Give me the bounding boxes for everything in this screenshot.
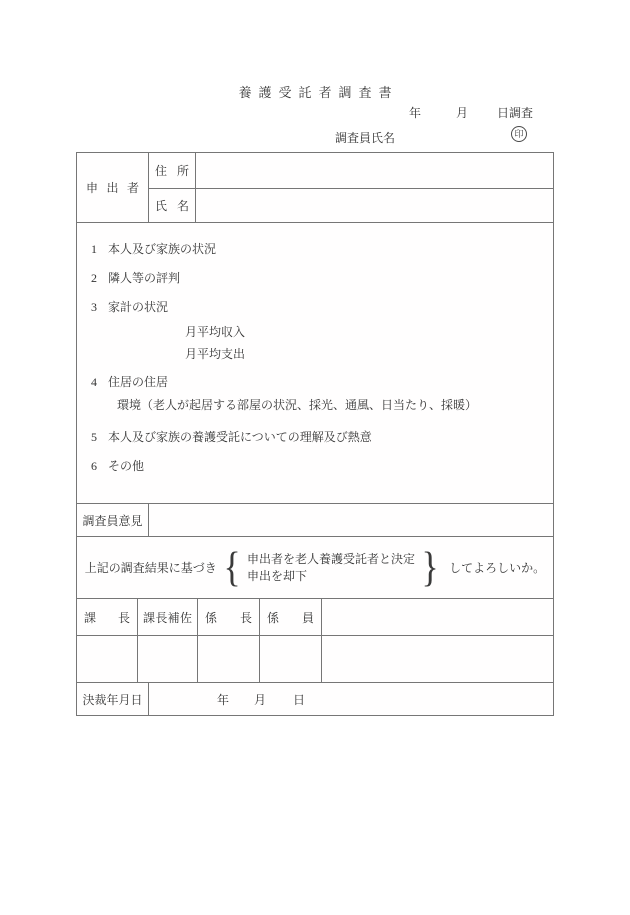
item-number: 6 — [91, 460, 108, 473]
deputy-chief-header-cell: 課長補佐 — [138, 599, 198, 635]
name-value-cell — [196, 189, 553, 222]
subsection-chief-header-cell: 係長 — [198, 599, 260, 635]
subsection-chief-label: 係長 — [205, 609, 252, 626]
item-text: 本人及び家族の状況 — [108, 242, 216, 256]
right-brace: } — [422, 547, 439, 589]
deputy-chief-signature-cell — [138, 636, 198, 682]
item-number: 2 — [91, 272, 108, 285]
ruling-date-label: 決裁年月日 — [82, 691, 142, 708]
item-text: 隣人等の評判 — [108, 271, 180, 285]
decision-prefix: 上記の調査結果に基づき — [85, 559, 217, 576]
item-text: 本人及び家族の養護受託についての理解及び熱意 — [108, 430, 372, 444]
name-label: 氏名 — [155, 197, 189, 214]
address-row: 住所 — [149, 153, 553, 189]
survey-date-month-label: 月 — [456, 106, 468, 120]
staff-header-cell: 係員 — [260, 599, 322, 635]
address-label: 住所 — [155, 162, 189, 179]
left-brace: { — [223, 547, 240, 589]
staff-signature-cell — [260, 636, 322, 682]
survey-item-1: 1本人及び家族の状況 — [91, 243, 543, 256]
applicant-fields: 住所 氏名 — [149, 153, 553, 222]
item-text: その他 — [108, 459, 144, 473]
address-value-cell — [196, 153, 553, 188]
survey-item-3-sub-income: 月平均収入 — [185, 326, 543, 339]
survey-date-year-label: 年 — [409, 106, 421, 120]
ruling-date-value-cell: 年 月 日 — [149, 683, 553, 715]
section-chief-signature-cell — [77, 636, 138, 682]
survey-item-4-continuation: 環境（老人が起居する部屋の状況、採光、通風、日当たり、採暖） — [117, 399, 543, 412]
staff-label: 係員 — [267, 609, 314, 626]
section-chief-label: 課長 — [84, 609, 130, 626]
approval-header-row: 課長 課長補佐 係長 係員 — [77, 599, 553, 636]
deputy-chief-label: 課長補佐 — [143, 609, 192, 626]
survey-item-5: 5本人及び家族の養護受託についての理解及び熱意 — [91, 431, 543, 444]
name-label-cell: 氏名 — [149, 189, 196, 222]
decision-option-reject: 申出を却下 — [247, 568, 415, 585]
ruling-year-label: 年 — [217, 691, 229, 708]
opinion-label: 調査員意見 — [82, 512, 142, 529]
ruling-date-label-cell: 決裁年月日 — [77, 683, 149, 715]
survey-item-3: 3家計の状況 — [91, 301, 543, 314]
survey-item-6: 6その他 — [91, 460, 543, 473]
signature-blank-cell — [322, 636, 553, 682]
address-label-cell: 住所 — [149, 153, 196, 188]
item-number: 1 — [91, 243, 108, 256]
decision-row: 上記の調査結果に基づき { 申出者を老人養護受託者と決定 申出を却下 } してよ… — [77, 537, 553, 599]
decision-suffix: してよろしいか。 — [449, 559, 545, 576]
survey-date-line: 年 月 日調査 — [409, 104, 533, 121]
survey-item-2: 2隣人等の評判 — [91, 272, 543, 285]
ruling-day-label: 日 — [293, 691, 305, 708]
subsection-chief-signature-cell — [198, 636, 260, 682]
name-row: 氏名 — [149, 189, 553, 222]
section-chief-header-cell: 課長 — [77, 599, 138, 635]
surveyor-name-label: 調査員氏名 — [335, 129, 395, 146]
survey-items-section: 1本人及び家族の状況 2隣人等の評判 3家計の状況 月平均収入 月平均支出 4住… — [77, 223, 553, 504]
applicant-label: 申出者 — [86, 179, 139, 196]
survey-item-4: 4住居の住居 — [91, 376, 543, 389]
opinion-label-cell: 調査員意見 — [77, 504, 149, 536]
seal-stamp-icon: 印 — [511, 126, 527, 142]
decision-options: 申出者を老人養護受託者と決定 申出を却下 — [247, 551, 415, 585]
decision-option-approve: 申出者を老人養護受託者と決定 — [247, 551, 415, 568]
survey-form-table: 申出者 住所 氏名 1本人及び家族の状況 — [76, 152, 554, 716]
item-number: 5 — [91, 431, 108, 444]
page-title: 養護受託者調査書 — [0, 82, 630, 101]
item-number: 3 — [91, 301, 108, 314]
ruling-month-label: 月 — [254, 691, 266, 708]
item-text: 家計の状況 — [108, 300, 168, 314]
survey-item-3-sub-expense: 月平均支出 — [185, 348, 543, 361]
applicant-label-cell: 申出者 — [77, 153, 149, 222]
survey-date-day-label: 日調査 — [497, 106, 533, 120]
opinion-value-cell — [149, 504, 553, 536]
document-page: 養護受託者調査書 年 月 日調査 調査員氏名 印 申出者 住所 氏名 — [0, 0, 630, 915]
applicant-section: 申出者 住所 氏名 — [77, 153, 553, 223]
item-number: 4 — [91, 376, 108, 389]
ruling-date-row: 決裁年月日 年 月 日 — [77, 683, 553, 715]
item-text: 住居の住居 — [108, 375, 168, 389]
investigator-opinion-row: 調査員意見 — [77, 504, 553, 537]
approval-header-blank-cell — [322, 599, 553, 635]
approval-signature-row — [77, 636, 553, 683]
